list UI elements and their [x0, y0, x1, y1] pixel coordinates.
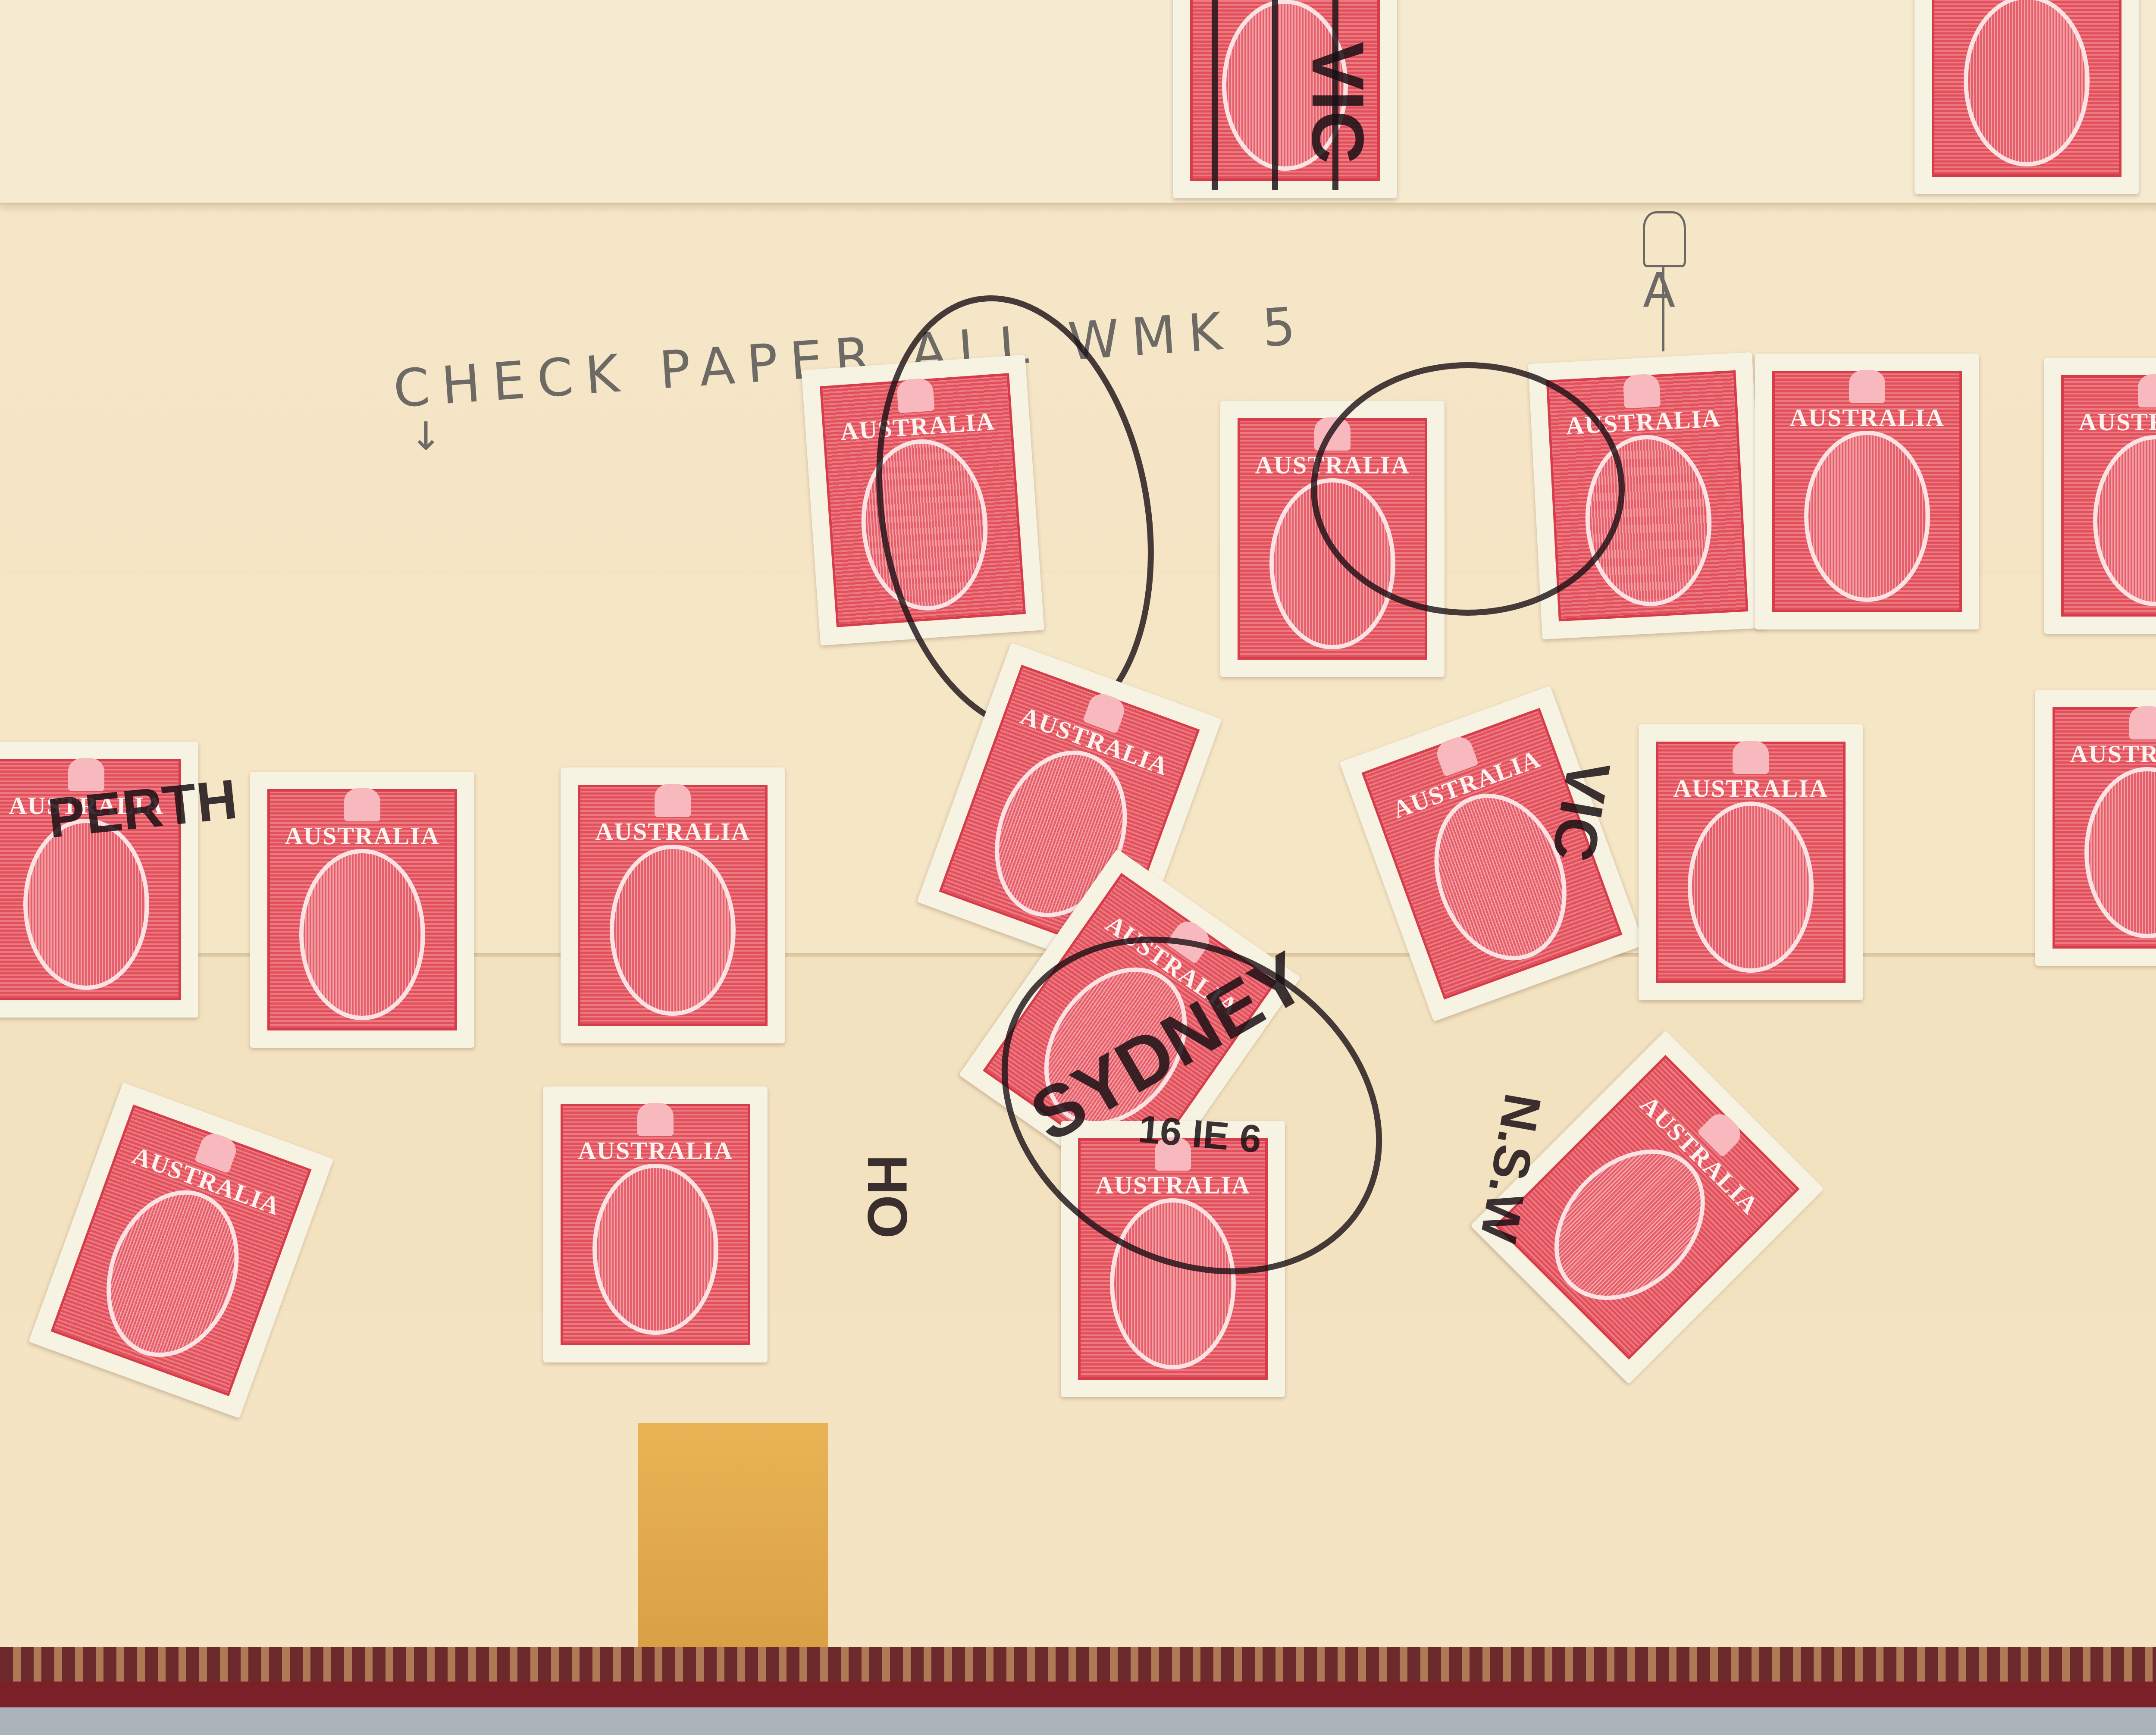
- diagram-letter: A: [1643, 263, 1687, 318]
- cancel-bar: [1212, 0, 1218, 190]
- album-cloth-binding: [0, 1682, 2156, 1707]
- stamp: AUSTRALIA: [2035, 690, 2156, 966]
- stamp: AUSTRALIA: [543, 1087, 768, 1362]
- postmark-hobart: HO: [855, 1155, 920, 1239]
- cancel-bar: [1272, 0, 1278, 190]
- stamp: AUSTRALIA: [250, 772, 474, 1048]
- watermark-diagram-icon: [1643, 211, 1686, 267]
- hinge-tape: [638, 1423, 828, 1647]
- album-strip-1: [0, 0, 2156, 204]
- background-surface: [0, 1707, 2156, 1735]
- stamp: AUSTRALIA: [1755, 354, 1979, 629]
- stamp: AUSTRALIA: [561, 767, 785, 1043]
- postmark-vic: VIC: [1295, 41, 1380, 163]
- down-arrow-icon: ↓: [410, 414, 454, 459]
- stamp: AUSTRALIA: [2044, 358, 2156, 634]
- stamp: AUSTRALIA: [1915, 0, 2139, 194]
- stamp: AUSTRALIA: [1639, 724, 1863, 1000]
- circular-cancel: [1311, 362, 1625, 616]
